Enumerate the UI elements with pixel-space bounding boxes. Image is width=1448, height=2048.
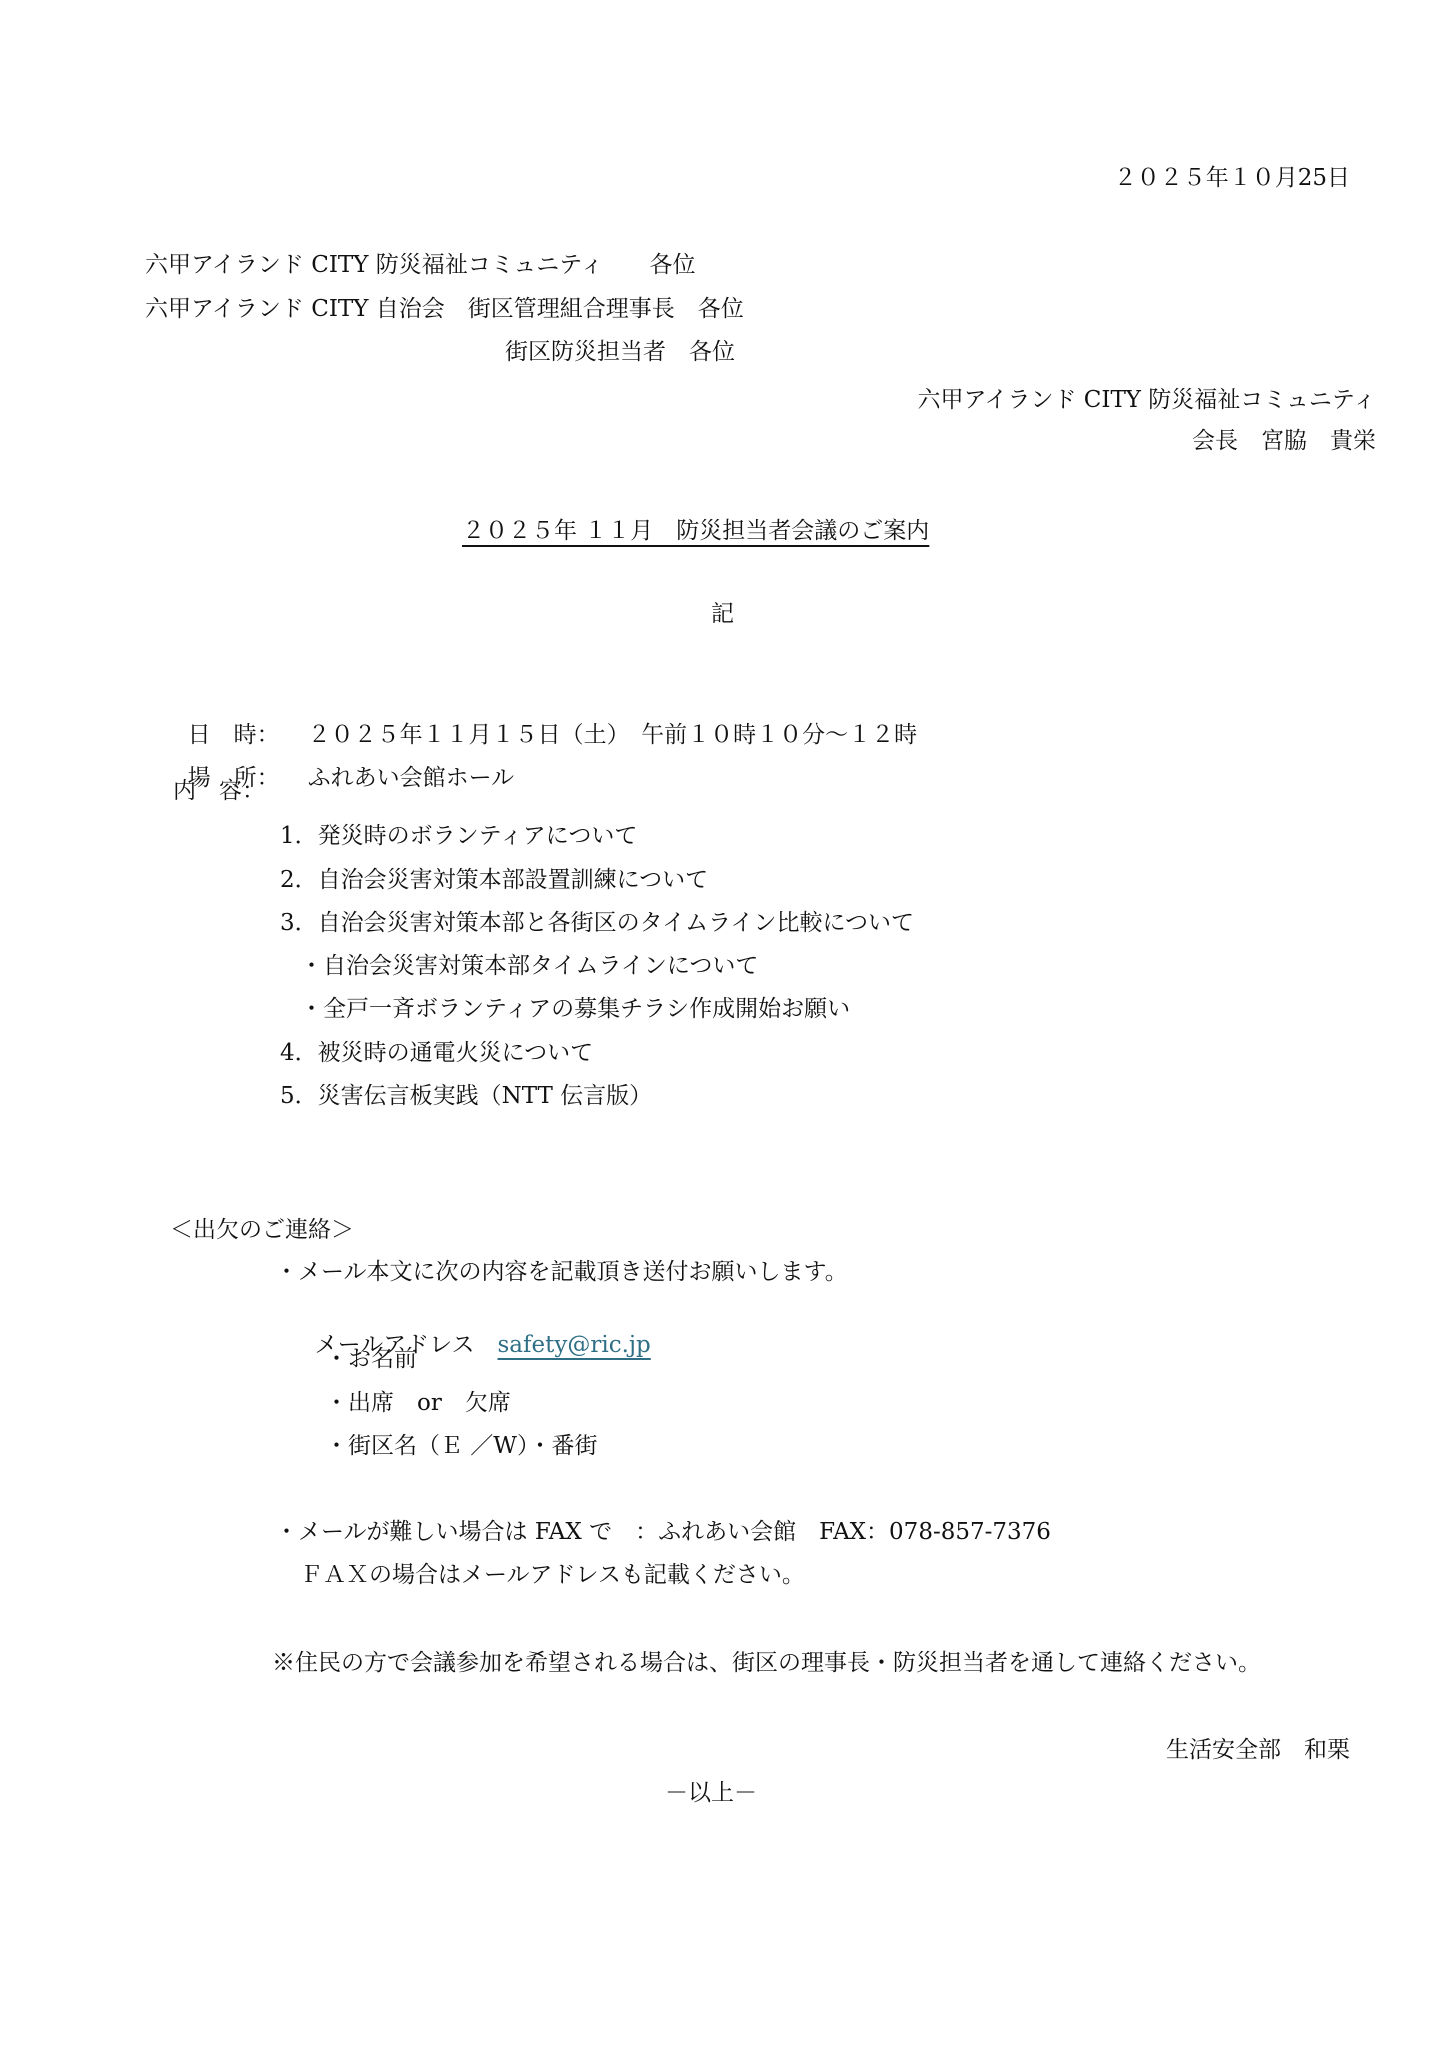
agenda-item-2: 2．自治会災害対策本部設置訓練について bbox=[280, 865, 708, 895]
field-name: ・お名前 bbox=[325, 1344, 417, 1374]
mail-instruction: ・メール本文に次の内容を記載頂き送付お願いします。 bbox=[275, 1257, 848, 1287]
field-block: ・街区名（Ｅ ／W）・番街 bbox=[325, 1431, 597, 1461]
document-title: ２０２５年 １１月 防災担当者会議のご案内 bbox=[462, 516, 929, 546]
sender-organization: 六甲アイランド CITY 防災福祉コミュニティ bbox=[918, 385, 1376, 415]
agenda-item-3: 3．自治会災害対策本部と各街区のタイムライン比較について bbox=[280, 908, 914, 938]
recipient-line-2: 六甲アイランド CITY 自治会 街区管理組合理事長 各位 bbox=[145, 294, 744, 324]
fax-line-1: ・メールが難しい場合は FAX で ：ふれあい会館 FAX：078-857-73… bbox=[275, 1517, 1051, 1547]
recipient-line-1: 六甲アイランド CITY 防災福祉コミュニティ 各位 bbox=[145, 250, 695, 280]
contact-signature: 生活安全部 和栗 bbox=[1166, 1735, 1350, 1765]
content-label: 内 容： bbox=[173, 776, 265, 806]
place-value: ふれあい会館ホール bbox=[308, 765, 515, 791]
agenda-subitem-3b: ・全戸一斉ボランティアの募集チラシ作成開始お願い bbox=[300, 994, 850, 1024]
sender-name: 会長 宮脇 貴栄 bbox=[1192, 426, 1376, 456]
agenda-item-4: 4．被災時の通電火災について bbox=[280, 1038, 593, 1068]
resident-note: ※住民の方で会議参加を希望される場合は、街区の理事長・防災担当者を通して連絡くだ… bbox=[272, 1648, 1261, 1678]
recipient-line-3: 街区防災担当者 各位 bbox=[505, 337, 735, 367]
ki-heading: 記 bbox=[711, 599, 734, 629]
fax-line-2: ＦＡＸの場合はメールアドレスも記載ください。 bbox=[300, 1560, 805, 1590]
email-link[interactable]: safety@ric.jp bbox=[497, 1332, 650, 1358]
agenda-item-5: 5．災害伝言板実践（NTT 伝言版） bbox=[280, 1081, 652, 1111]
document-date: ２０２５年１０月25日 bbox=[1114, 163, 1350, 193]
closing-mark: －以上－ bbox=[665, 1778, 757, 1808]
field-attendance: ・出席 or 欠席 bbox=[325, 1388, 511, 1418]
agenda-item-1: 1．発災時のボランティアについて bbox=[280, 821, 637, 851]
agenda-subitem-3a: ・自治会災害対策本部タイムラインについて bbox=[300, 951, 758, 981]
attendance-heading: ＜出欠のご連絡＞ bbox=[170, 1215, 354, 1245]
